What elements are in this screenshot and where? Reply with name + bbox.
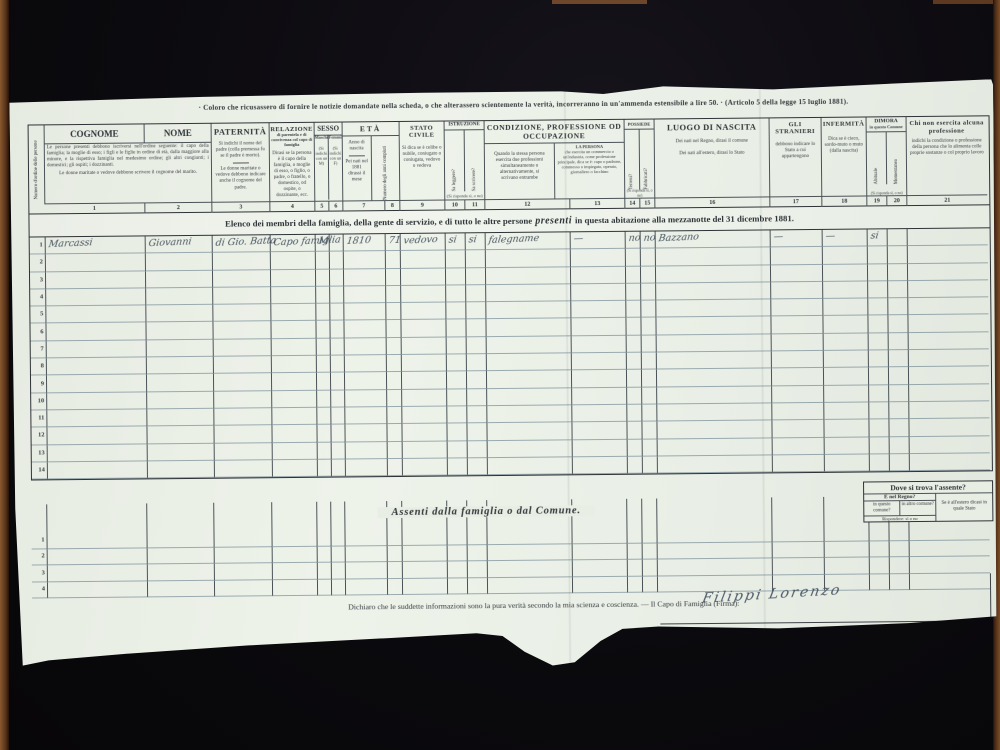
penalty-notice: · Coloro che ricusassero di fornire le n… <box>133 97 913 112</box>
presenti-emphasis: presenti <box>535 215 572 226</box>
header-cognome: COGNOME <box>45 124 145 143</box>
col-num: 21 <box>906 194 987 206</box>
handwritten-entry: di Gio. Batta <box>215 235 277 249</box>
row-number: 8 <box>41 362 44 369</box>
col-num: 2 <box>144 202 211 214</box>
handwritten-entry: si <box>468 234 477 245</box>
header-sesso-maschio: Maschio (Si indichi con un M) <box>315 136 329 200</box>
header-sa-scrivere: Sa scrivere? <box>464 130 485 191</box>
header-condizione: CONDIZIONE, PROFESSIONE OD OCCUPAZIONE Q… <box>484 120 625 199</box>
col-num: 7 <box>342 200 384 211</box>
main-table-rows: 1MarcassiGiovannidi Gio. BattaCapo famig… <box>30 228 992 479</box>
header-fabbricati: Fabbricati? <box>639 130 655 190</box>
col-num: 19 <box>866 195 886 206</box>
census-form-sheet: · Coloro che ricusassero di fornire le n… <box>3 79 999 673</box>
header-istruzione: ISTRUZIONE Sa leggere? Sa scrivere? (Si … <box>444 121 485 199</box>
row-number: 9 <box>41 380 44 387</box>
header-anni-compiuti: Numero degli anni compiuti <box>370 136 399 200</box>
header-paternita: PATERNITÀ Si indichi il nome del padre (… <box>211 123 270 202</box>
row-number: 1 <box>39 241 42 248</box>
assenti-title: Assenti dalla famiglia o dal Comune. <box>378 505 595 518</box>
handwritten-entry: vedovo <box>403 234 439 247</box>
divider <box>349 155 365 156</box>
handwritten-entry: — <box>773 231 784 242</box>
header-possiede: POSSIEDE Terreni? Fabbricati? (Si rispon… <box>624 120 655 198</box>
header-terreni: Terreni? <box>625 130 640 190</box>
table-edge-left <box>0 0 9 750</box>
col-num: 3 <box>211 201 269 213</box>
col-num: 18 <box>821 195 866 206</box>
col-num: 10 <box>444 199 464 210</box>
table-edge-top-right <box>933 0 993 4</box>
row-number: 4 <box>40 293 43 300</box>
header-eta: ETÀ Anno di nascita Pei nati nel 1881 di… <box>342 122 400 201</box>
row-number: 2 <box>40 259 43 266</box>
dove-estero: Se è all'estero dicasi in quale Stato <box>936 493 992 520</box>
handwritten-entry: si <box>870 230 879 241</box>
handwritten-entry: no <box>628 232 641 244</box>
header-dimora: DIMORA in questo Comune Abituale Momenta… <box>866 117 907 195</box>
col-num: 20 <box>886 195 906 206</box>
header-stato-civile: STATO CIVILE Si dica se è celibe o nubil… <box>399 122 445 200</box>
row-number: 2 <box>41 552 44 559</box>
header-relazione: RELAZIONE di parentela e di convivenza c… <box>269 123 315 201</box>
row-number: 6 <box>40 328 43 335</box>
dove-assente-box: Dove si trova l'assente? È nel Regno? in… <box>863 480 993 522</box>
row-number: 5 <box>40 311 43 318</box>
row-number: 13 <box>38 449 45 456</box>
row-number: 11 <box>38 414 44 421</box>
col-num: 11 <box>464 199 484 210</box>
col-num: 4 <box>269 201 314 212</box>
table-header: Numero d'ordine delle persone COGNOME NO… <box>29 116 990 214</box>
row-number: 12 <box>38 432 45 439</box>
dove-altro-comune: in altro comune? <box>900 501 935 515</box>
header-infermita: INFERMITÀ Dica se è cieco, sordo-muto o … <box>821 117 867 195</box>
row-number: 14 <box>38 466 45 473</box>
handwritten-entry: falegname <box>488 233 540 246</box>
row-number: 4 <box>42 585 45 592</box>
header-chi-non-esercita: Chi non esercita alcuna professione indi… <box>906 116 988 195</box>
row-number: 3 <box>40 276 43 283</box>
header-sa-leggere: Sa leggere? <box>445 130 465 191</box>
handwritten-entry: Marcassi <box>48 237 93 250</box>
divider <box>232 163 248 164</box>
col-num: 9 <box>399 200 444 211</box>
header-condizione-12: Quando la stessa persona esercita due pr… <box>485 143 555 199</box>
col-num: 5 <box>314 201 328 212</box>
cognome-nome-note2: Le donne maritate o vedove debbono scriv… <box>45 169 211 179</box>
header-dimora-momentanea: Momentanea <box>886 132 906 184</box>
header-la-persona: LA PERSONA che esercita un commercio o u… <box>554 143 625 199</box>
header-numero-ordine: Numero d'ordine delle persone <box>29 125 45 214</box>
handwritten-entry: — <box>825 231 836 242</box>
header-nome: NOME <box>144 124 211 143</box>
col-num: 1 <box>44 202 144 214</box>
col-num: 13 <box>569 198 624 210</box>
col-num: 8 <box>384 200 399 211</box>
header-anno-nascita: Anno di nascita Pei nati nel 1881 dirass… <box>343 136 371 200</box>
handwritten-entry: — <box>573 233 584 244</box>
col-num: 15 <box>639 198 654 209</box>
dove-questo-comune: in questo comune? <box>864 501 900 515</box>
header-sesso-femmina: Femmina (Si indichi con un F) <box>328 136 343 200</box>
row-number: 10 <box>38 397 45 404</box>
handwritten-entry: 1810 <box>346 235 372 247</box>
header-sesso: SESSO Maschio (Si indichi con un M) Femm… <box>314 123 343 201</box>
dove-rispondere: Rispondere: sì o no <box>864 514 935 521</box>
col-num: 12 <box>484 198 569 210</box>
handwritten-entry: no <box>643 232 656 244</box>
table-edge-top <box>552 0 647 4</box>
col-num: 14 <box>624 198 639 209</box>
handwritten-entry: 71 <box>388 235 402 247</box>
row-number: 7 <box>40 345 43 352</box>
handwritten-entry: Bazzano <box>658 231 700 244</box>
col-num: 6 <box>328 201 342 212</box>
row-number: 1 <box>41 536 44 543</box>
row-number: 3 <box>42 569 45 576</box>
header-dimora-abituale: Abituale <box>867 132 886 184</box>
handwritten-entry: M <box>318 235 329 246</box>
header-cognome-nome: COGNOME NOME Le persone presenti debbono… <box>44 124 212 204</box>
handwritten-entry: si <box>448 234 457 245</box>
handwritten-entry: Giovanni <box>148 236 192 249</box>
main-census-table: Numero d'ordine delle persone COGNOME NO… <box>28 115 993 480</box>
header-stranieri: GLI STRANIERI debbono indicare lo Stato … <box>769 118 822 196</box>
col-num: 16 <box>654 196 769 208</box>
col-num: 17 <box>769 196 821 207</box>
header-luogo-nascita: LUOGO DI NASCITA Dei nati nel Regno, dir… <box>654 118 770 197</box>
cognome-nome-note: Le persone presenti debbono iscriversi n… <box>45 143 211 171</box>
